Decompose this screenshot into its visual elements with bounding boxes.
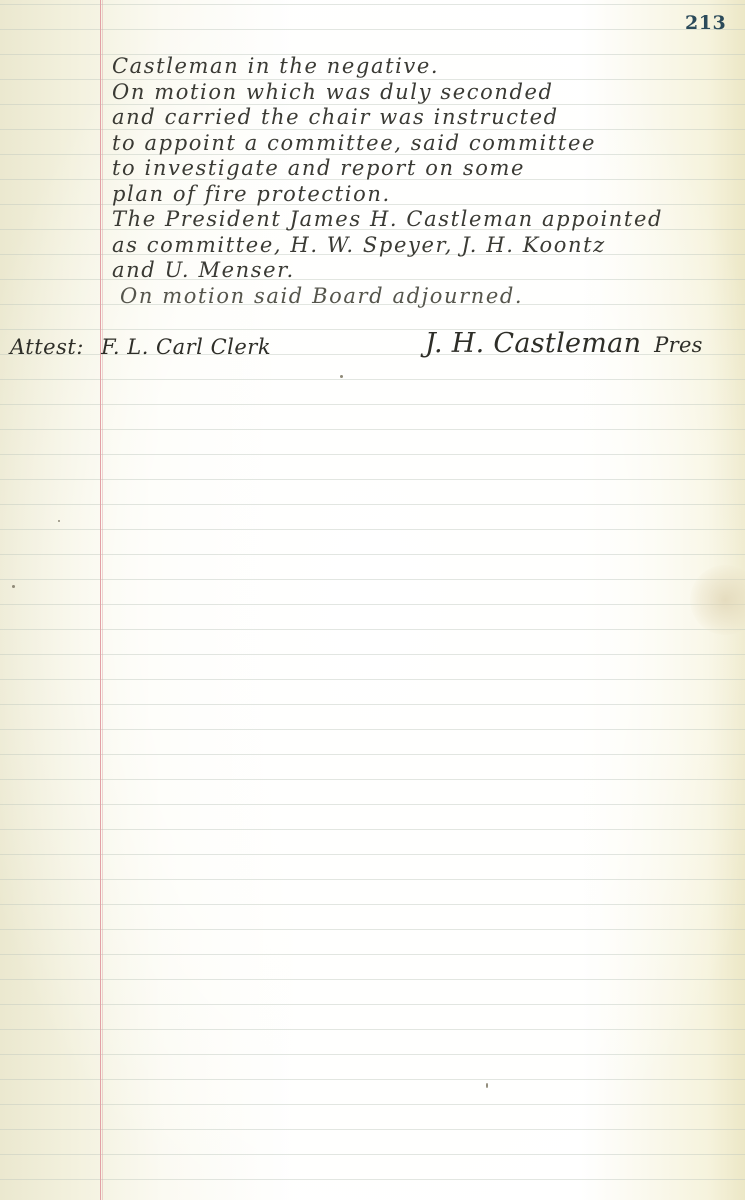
attestation: Attest: F. L. Carl Clerk	[10, 335, 271, 359]
ink-speck	[486, 1083, 488, 1088]
minutes-line: as committee, H. W. Speyer, J. H. Koontz	[112, 233, 742, 259]
ink-speck	[58, 520, 60, 522]
signature-title: Pres	[654, 333, 703, 357]
attest-label: Attest:	[10, 335, 84, 359]
clerk-name: F. L. Carl	[101, 335, 203, 359]
clerk-role: Clerk	[211, 335, 271, 359]
signature-name: J. H. Castleman	[425, 328, 641, 359]
minutes-line: and carried the chair was instructed	[112, 105, 742, 131]
minutes-line: to appoint a committee, said committee	[112, 131, 742, 157]
ink-speck	[340, 375, 343, 378]
ink-speck	[12, 585, 15, 588]
minutes-line: to investigate and report on some	[112, 156, 742, 182]
ledger-page: 213 Castleman in the negative. On motion…	[0, 0, 745, 1200]
page-number: 213	[685, 12, 726, 34]
margin-rule	[100, 0, 101, 1200]
minutes-text: Castleman in the negative. On motion whi…	[112, 54, 742, 309]
margin-rule-secondary	[102, 0, 103, 1200]
minutes-line: On motion said Board adjourned.	[112, 284, 742, 310]
minutes-line: plan of fire protection.	[112, 182, 742, 208]
minutes-line: and U. Menser.	[112, 258, 742, 284]
minutes-line: On motion which was duly seconded	[112, 80, 742, 106]
minutes-line: The President James H. Castleman appoint…	[112, 207, 742, 233]
president-signature: J. H. Castleman Pres	[425, 328, 703, 359]
minutes-line: Castleman in the negative.	[112, 54, 742, 80]
